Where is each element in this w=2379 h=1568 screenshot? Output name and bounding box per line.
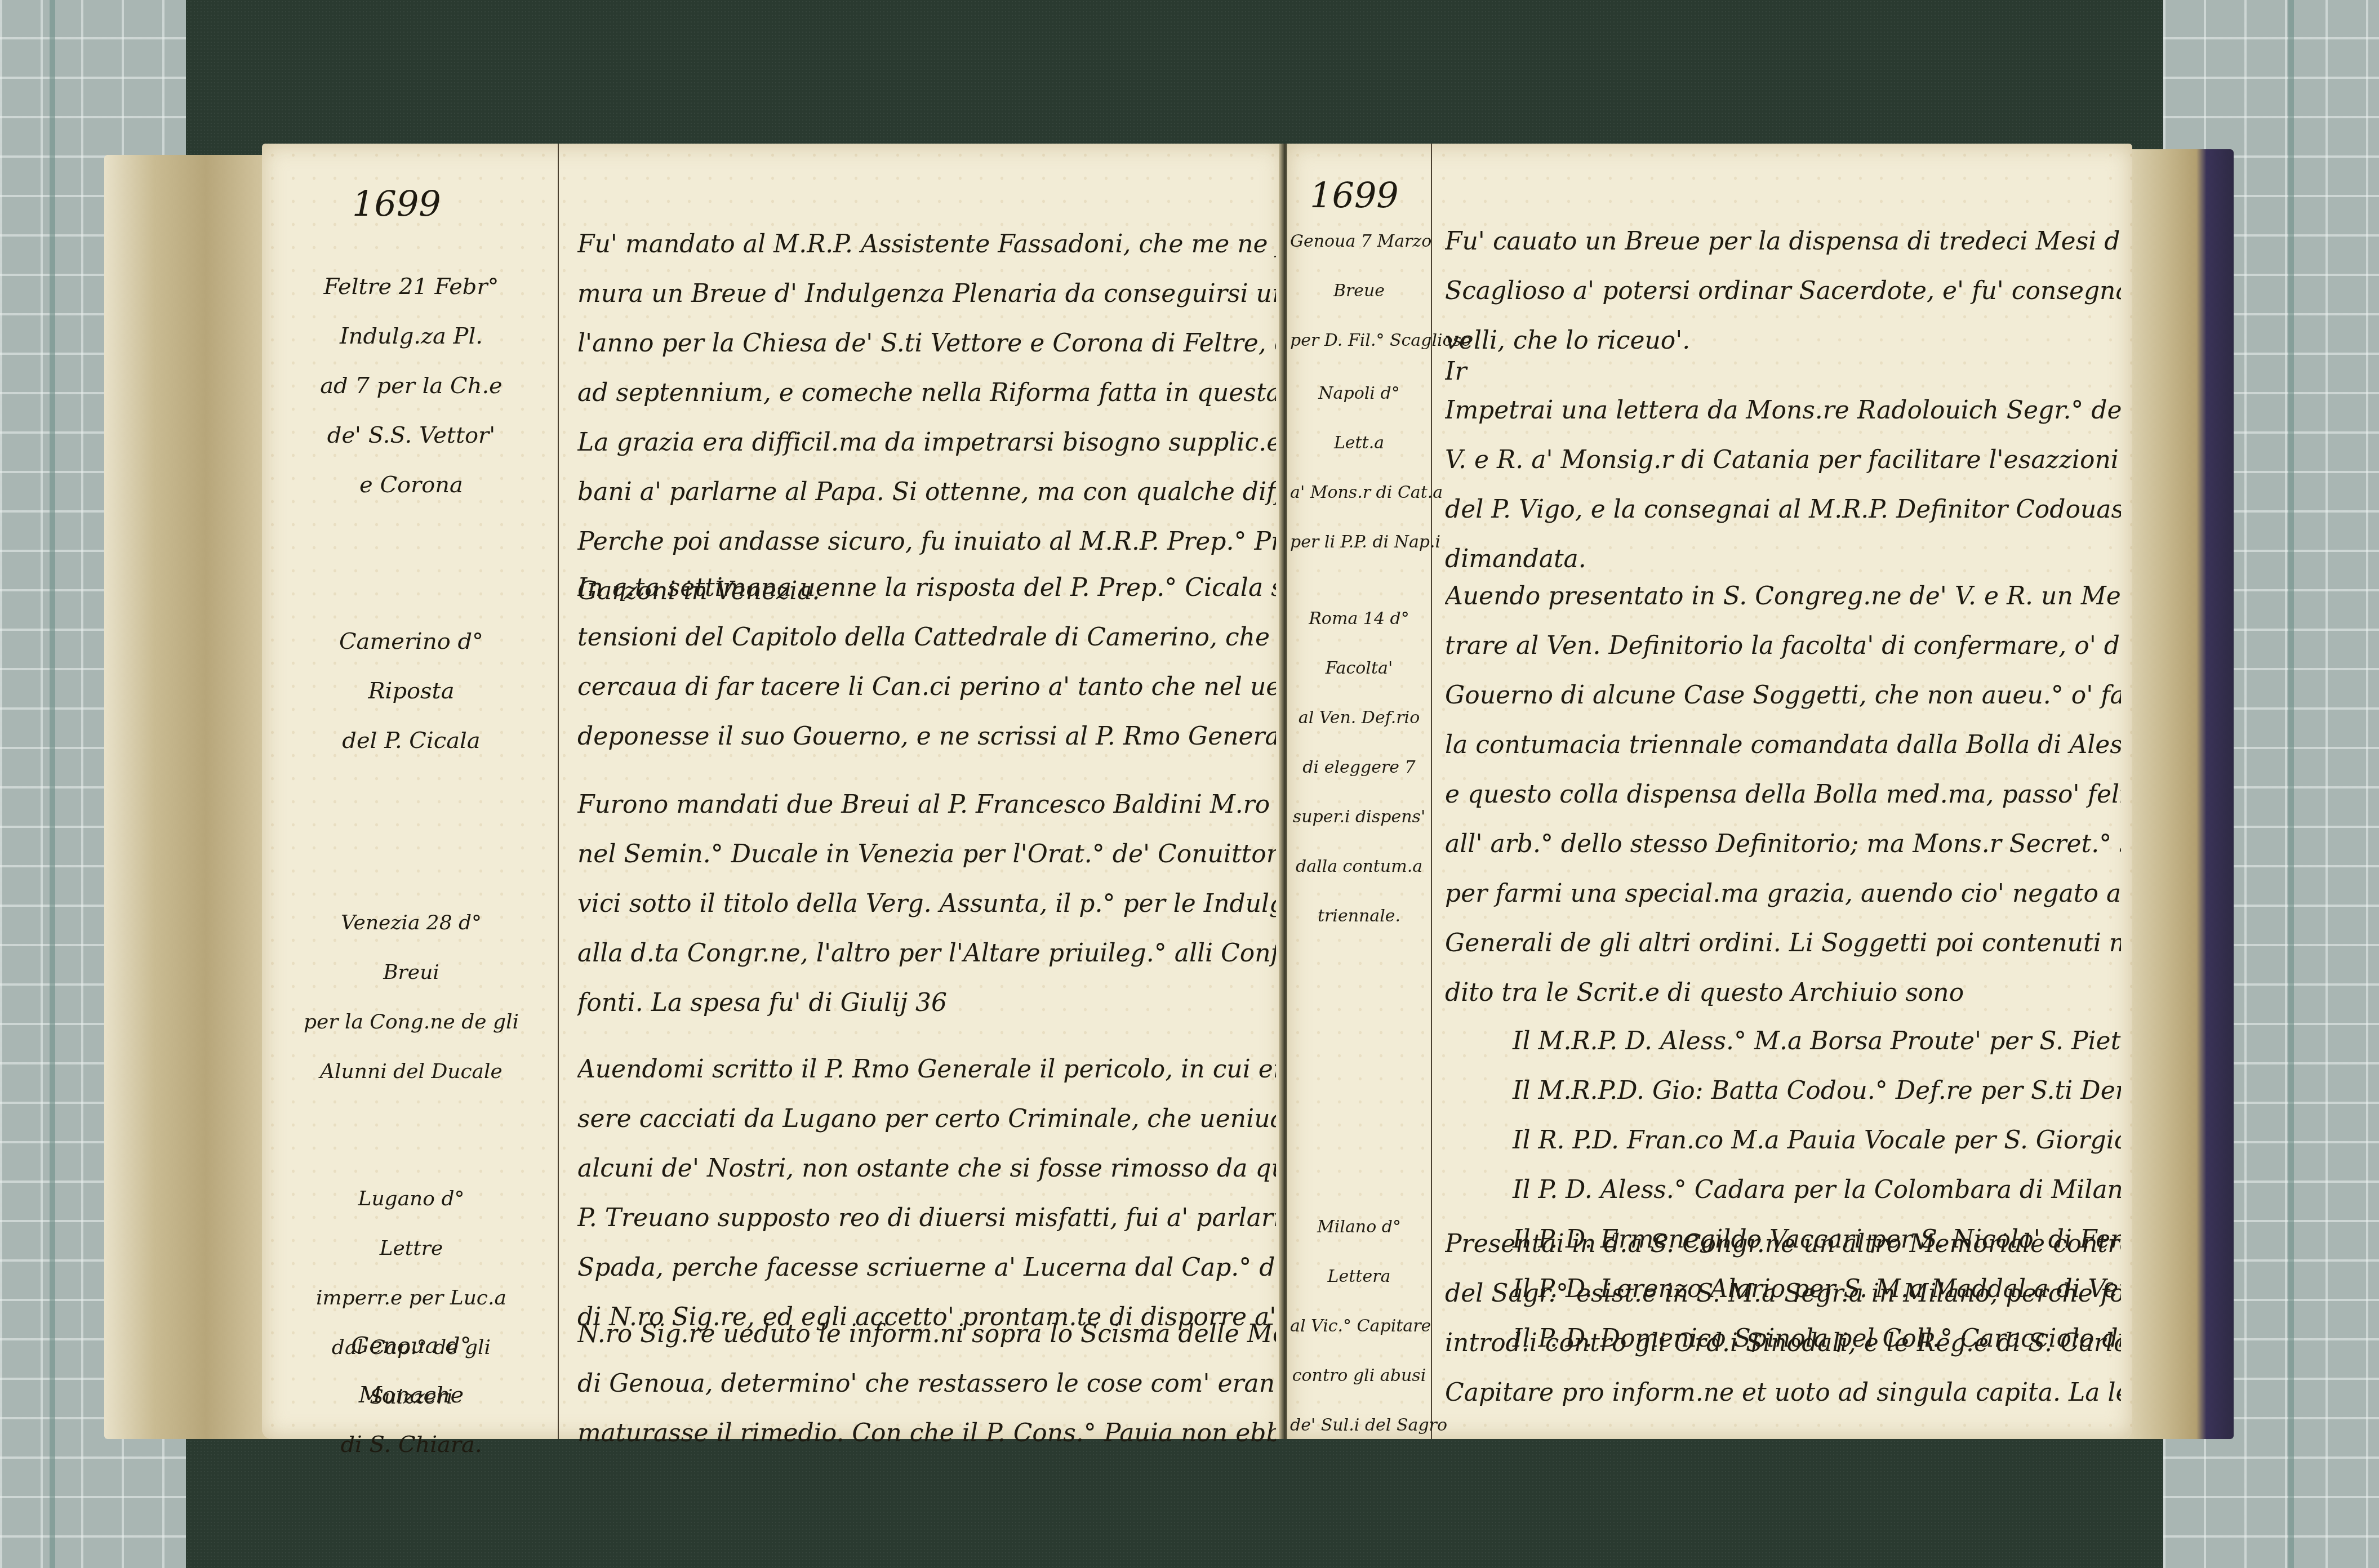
text-line: Perche poi andasse sicuro, fu inuiato al… bbox=[577, 517, 1276, 567]
text-line: Impetrai una lettera da Mons.re Radoloui… bbox=[1445, 386, 2121, 435]
text-line: La grazia era difficil.ma da impetrarsi … bbox=[577, 418, 1276, 467]
text-line: N.ro Sig.re ueduto le inform.ni sopra lo… bbox=[577, 1309, 1276, 1359]
note-line: per la Cong.ne de gli bbox=[273, 997, 549, 1047]
note-line: Lettre bbox=[273, 1224, 549, 1273]
note-line: Breue bbox=[1290, 266, 1428, 316]
note-line: triennale. bbox=[1290, 892, 1428, 941]
text-line: l'anno per la Chiesa de' S.ti Vettore e … bbox=[577, 319, 1276, 368]
note-line: Lugano d° bbox=[273, 1174, 549, 1224]
paragraph: Auendomi scritto il P. Rmo Generale il p… bbox=[577, 1045, 1276, 1342]
text-line: Auendo presentato in S. Congreg.ne de' V… bbox=[1445, 572, 2121, 621]
text-line: Scaglioso a' potersi ordinar Sacerdote, … bbox=[1445, 266, 2121, 316]
text-line: ad septennium, e comeche nella Riforma f… bbox=[577, 368, 1276, 418]
note-line: Indulg.za Pl. bbox=[273, 311, 549, 361]
text-line: tensioni del Capitolo della Cattedrale d… bbox=[577, 613, 1276, 662]
note-line: Breui bbox=[273, 948, 549, 997]
margin-note: Roma 14 d° Facolta' al Ven. Def.rio di e… bbox=[1290, 594, 1428, 941]
glass-edge-left bbox=[50, 0, 55, 1568]
text-line: In q.ta settimana uenne la risposta del … bbox=[577, 563, 1276, 613]
note-line: per li P.P. di Nap.i bbox=[1290, 518, 1428, 567]
text-line: Fu' cauato un Breue per la dispensa di t… bbox=[1445, 217, 2121, 266]
paragraph: Presentai in d.a S. Congr.ne un'altro Me… bbox=[1445, 1219, 2121, 1418]
margin-note: Camerino d° Riposta del P. Cicala bbox=[273, 617, 549, 765]
open-manuscript: 1699 Feltre 21 Febr° Indulg.za Pl. ad 7 … bbox=[104, 144, 2234, 1456]
page-year: 1699 bbox=[352, 183, 441, 224]
left-page: 1699 Feltre 21 Febr° Indulg.za Pl. ad 7 … bbox=[262, 144, 1284, 1439]
text-line: maturasse il rimedio. Con che il P. Cons… bbox=[577, 1409, 1276, 1458]
margin-rule bbox=[558, 144, 559, 1439]
note-line: Genoua d° bbox=[273, 1321, 549, 1370]
paragraph: Fu' cauato un Breue per la dispensa di t… bbox=[1445, 217, 2121, 366]
note-line: Monache bbox=[273, 1370, 549, 1420]
text-line: deponesse il suo Gouerno, e ne scrissi a… bbox=[577, 712, 1276, 761]
list-item: Il M.R.P.D. Gio: Batta Codou.° Def.re pe… bbox=[1445, 1066, 2121, 1116]
note-line: Roma 14 d° bbox=[1290, 594, 1428, 644]
note-line: dalla contum.a bbox=[1290, 842, 1428, 892]
text-line: all' arb.° dello stesso Definitorio; ma … bbox=[1445, 819, 2121, 869]
paragraph: Ir Impetrai una lettera da Mons.re Radol… bbox=[1445, 358, 2121, 584]
text-line: vici sotto il titolo della Verg. Assunta… bbox=[577, 879, 1276, 929]
text-line: V. e R. a' Monsig.r di Catania per facil… bbox=[1445, 435, 2121, 485]
text-line: mura un Breue d' Indulgenza Plenaria da … bbox=[577, 269, 1276, 319]
margin-note: Milano d° Lettera al Vic.° Capitare cont… bbox=[1290, 1202, 1428, 1450]
margin-note: Venezia 28 d° Breui per la Cong.ne de gl… bbox=[273, 898, 549, 1097]
note-line: Venezia 28 d° bbox=[273, 898, 549, 948]
note-line: Riposta bbox=[273, 666, 549, 716]
note-line: de' S.S. Vettor' bbox=[273, 411, 549, 460]
text-line: introd.i contro gli Ord.i Sinodali, e le… bbox=[1445, 1318, 2121, 1368]
note-line: Lett.a bbox=[1290, 418, 1428, 468]
note-line: al Ven. Def.rio bbox=[1290, 693, 1428, 743]
margin-note: Feltre 21 Febr° Indulg.za Pl. ad 7 per l… bbox=[273, 262, 549, 510]
text-line: del P. Vigo, e la consegnai al M.R.P. De… bbox=[1445, 485, 2121, 534]
text-line: Presentai in d.a S. Congr.ne un'altro Me… bbox=[1445, 1219, 2121, 1269]
text-line: Auendomi scritto il P. Rmo Generale il p… bbox=[577, 1045, 1276, 1094]
note-line: Alunni del Ducale bbox=[273, 1047, 549, 1097]
text-line: e questo colla dispensa della Bolla med.… bbox=[1445, 770, 2121, 819]
paragraph: Auendo presentato in S. Congreg.ne de' V… bbox=[1445, 572, 2121, 1018]
note-line: di eleggere 7 bbox=[1290, 743, 1428, 792]
page-year: 1699 bbox=[1310, 175, 1399, 216]
note-line: super.i dispens' bbox=[1290, 792, 1428, 842]
note-line: al Vic.° Capitare bbox=[1290, 1302, 1428, 1351]
text-line: di Genoua, determino' che restassero le … bbox=[577, 1359, 1276, 1409]
text-line: P. Treuano supposto reo di diuersi misfa… bbox=[577, 1193, 1276, 1243]
text-line: alcuni de' Nostri, non ostante che si fo… bbox=[577, 1144, 1276, 1193]
note-line: Genoua 7 Marzo bbox=[1290, 217, 1428, 266]
margin-note: Genoua 7 Marzo Breue per D. Fil.° Scagli… bbox=[1290, 217, 1428, 366]
list-item: Il P. D. Aless.° Cadara per la Colombara… bbox=[1445, 1165, 2121, 1215]
text-line: sere cacciati da Lugano per certo Crimin… bbox=[577, 1094, 1276, 1144]
text-line: dito tra le Scrit.e di questo Archiuio s… bbox=[1445, 968, 2121, 1018]
note-line: a' Mons.r di Cat.a bbox=[1290, 468, 1428, 518]
paragraph: Furono mandati due Breui al P. Francesco… bbox=[577, 780, 1276, 1028]
note-line: Facolta' bbox=[1290, 644, 1428, 693]
text-line: cercaua di far tacere li Can.ci perino a… bbox=[577, 662, 1276, 712]
text-line: per farmi una special.ma grazia, auendo … bbox=[1445, 869, 2121, 919]
note-line: contro gli abusi bbox=[1290, 1351, 1428, 1401]
note-line: Napoli d° bbox=[1290, 369, 1428, 418]
note-line: Milano d° bbox=[1290, 1202, 1428, 1252]
text-line: nel Semin.° Ducale in Venezia per l'Orat… bbox=[577, 830, 1276, 879]
page-block-left bbox=[104, 155, 273, 1439]
note-line: Feltre 21 Febr° bbox=[273, 262, 549, 311]
note-line: Lettera bbox=[1290, 1252, 1428, 1302]
list-item: Il R. P.D. Fran.co M.a Pauia Vocale per … bbox=[1445, 1116, 2121, 1165]
paragraph: In q.ta settimana uenne la risposta del … bbox=[577, 563, 1276, 761]
glass-edge-right bbox=[2288, 0, 2294, 1568]
text-line: Fu' mandato al M.R.P. Assistente Fassado… bbox=[577, 220, 1276, 269]
margin-note: Genoua d° Monache di S. Chiara. bbox=[273, 1321, 549, 1469]
note-line: de' Sul.i del Sagro bbox=[1290, 1401, 1428, 1450]
margin-note: Napoli d° Lett.a a' Mons.r di Cat.a per … bbox=[1290, 369, 1428, 567]
text-line: alla d.ta Congr.ne, l'altro per l'Altare… bbox=[577, 929, 1276, 978]
note-line: Camerino d° bbox=[273, 617, 549, 666]
text-line: bani a' parlarne al Papa. Si ottenne, ma… bbox=[577, 467, 1276, 517]
right-page: 1699 Genoua 7 Marzo Breue per D. Fil.° S… bbox=[1287, 144, 2132, 1439]
note-line: e Corona bbox=[273, 460, 549, 510]
text-line: trare al Ven. Definitorio la facolta' di… bbox=[1445, 621, 2121, 671]
list-item: Il M.R.P. D. Aless.° M.a Borsa Proute' p… bbox=[1445, 1017, 2121, 1066]
text-line: Furono mandati due Breui al P. Francesco… bbox=[577, 780, 1276, 830]
paragraph: Fu' mandato al M.R.P. Assistente Fassado… bbox=[577, 220, 1276, 616]
note-line: ad 7 per la Ch.e bbox=[273, 361, 549, 411]
note-line: imperr.e per Luc.a bbox=[273, 1273, 549, 1323]
note-line: del P. Cicala bbox=[273, 716, 549, 765]
text-line: del Sagr.° esist.e in S. M.a Segr.a in M… bbox=[1445, 1269, 2121, 1318]
text-line: fonti. La spesa fu' di Giulij 36 bbox=[577, 978, 1276, 1028]
text-line: Ir bbox=[1445, 358, 2121, 386]
note-line: di S. Chiara. bbox=[273, 1420, 549, 1469]
text-line: Gouerno di alcune Case Soggetti, che non… bbox=[1445, 671, 2121, 720]
note-line: per D. Fil.° Scaglioso bbox=[1290, 316, 1428, 366]
text-line: Spada, perche facesse scriuerne a' Lucer… bbox=[577, 1243, 1276, 1293]
paragraph: N.ro Sig.re ueduto le inform.ni sopra lo… bbox=[577, 1309, 1276, 1458]
text-line: Generali de gli altri ordini. Li Soggett… bbox=[1445, 919, 2121, 968]
text-line: Capitare pro inform.ne et uoto ad singul… bbox=[1445, 1368, 2121, 1418]
text-line: la contumacia triennale comandata dalla … bbox=[1445, 720, 2121, 770]
